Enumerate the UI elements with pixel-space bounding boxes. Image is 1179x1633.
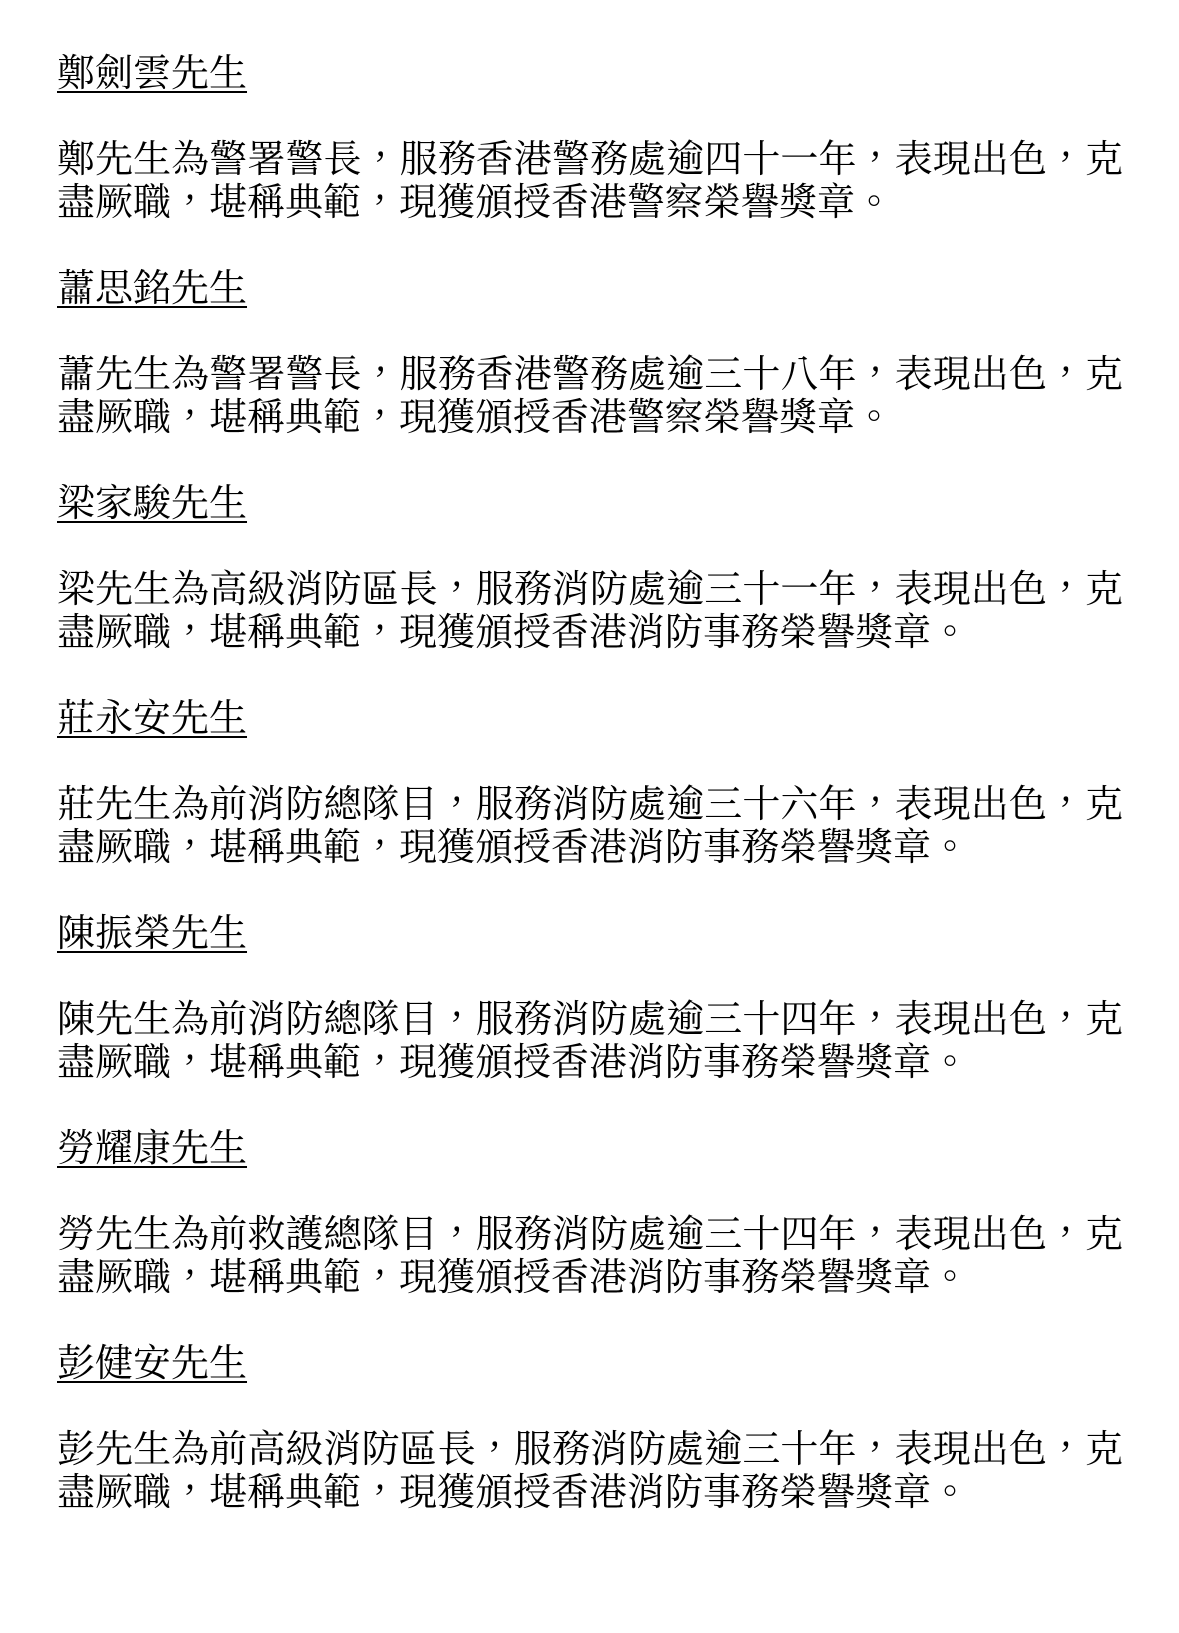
- entry-name-heading: 梁家駿先生: [57, 483, 1123, 526]
- entry-name-text: 彭健安先生: [57, 1343, 247, 1385]
- entry-name-text: 陳振榮先生: [57, 913, 247, 955]
- entry-description: 勞先生為前救護總隊目，服務消防處逾三十四年，表現出色，克盡厥職，堪稱典範，現獲頒…: [57, 1214, 1123, 1300]
- entry-description: 鄭先生為警署警長，服務香港警務處逾四十一年，表現出色，克盡厥職，堪稱典範，現獲頒…: [57, 139, 1123, 225]
- honour-entry: 蕭思銘先生 蕭先生為警署警長，服務香港警務處逾三十八年，表現出色，克盡厥職，堪稱…: [57, 268, 1123, 440]
- entry-name-heading: 蕭思銘先生: [57, 268, 1123, 311]
- entry-name-heading: 彭健安先生: [57, 1343, 1123, 1386]
- honour-entry: 莊永安先生 莊先生為前消防總隊目，服務消防處逾三十六年，表現出色，克盡厥職，堪稱…: [57, 698, 1123, 870]
- entry-description: 梁先生為高級消防區長，服務消防處逾三十一年，表現出色，克盡厥職，堪稱典範，現獲頒…: [57, 569, 1123, 655]
- entry-description: 彭先生為前高級消防區長，服務消防處逾三十年，表現出色，克盡厥職，堪稱典範，現獲頒…: [57, 1429, 1123, 1515]
- honour-entry: 梁家駿先生 梁先生為高級消防區長，服務消防處逾三十一年，表現出色，克盡厥職，堪稱…: [57, 483, 1123, 655]
- honour-entry: 勞耀康先生 勞先生為前救護總隊目，服務消防處逾三十四年，表現出色，克盡厥職，堪稱…: [57, 1128, 1123, 1300]
- honour-entry: 鄭劍雲先生 鄭先生為警署警長，服務香港警務處逾四十一年，表現出色，克盡厥職，堪稱…: [57, 53, 1123, 225]
- entry-name-text: 勞耀康先生: [57, 1128, 247, 1170]
- entry-name-heading: 莊永安先生: [57, 698, 1123, 741]
- honour-entry: 陳振榮先生 陳先生為前消防總隊目，服務消防處逾三十四年，表現出色，克盡厥職，堪稱…: [57, 913, 1123, 1085]
- entry-name-text: 鄭劍雲先生: [57, 53, 247, 95]
- entry-name-text: 梁家駿先生: [57, 483, 247, 525]
- entry-name-text: 蕭思銘先生: [57, 268, 247, 310]
- entry-description: 陳先生為前消防總隊目，服務消防處逾三十四年，表現出色，克盡厥職，堪稱典範，現獲頒…: [57, 999, 1123, 1085]
- entry-name-heading: 陳振榮先生: [57, 913, 1123, 956]
- entry-description: 莊先生為前消防總隊目，服務消防處逾三十六年，表現出色，克盡厥職，堪稱典範，現獲頒…: [57, 784, 1123, 870]
- entry-name-heading: 勞耀康先生: [57, 1128, 1123, 1171]
- honour-entry: 彭健安先生 彭先生為前高級消防區長，服務消防處逾三十年，表現出色，克盡厥職，堪稱…: [57, 1343, 1123, 1515]
- entry-name-heading: 鄭劍雲先生: [57, 53, 1123, 96]
- entry-name-text: 莊永安先生: [57, 698, 247, 740]
- document-page: 鄭劍雲先生 鄭先生為警署警長，服務香港警務處逾四十一年，表現出色，克盡厥職，堪稱…: [0, 0, 1123, 1515]
- entry-description: 蕭先生為警署警長，服務香港警務處逾三十八年，表現出色，克盡厥職，堪稱典範，現獲頒…: [57, 354, 1123, 440]
